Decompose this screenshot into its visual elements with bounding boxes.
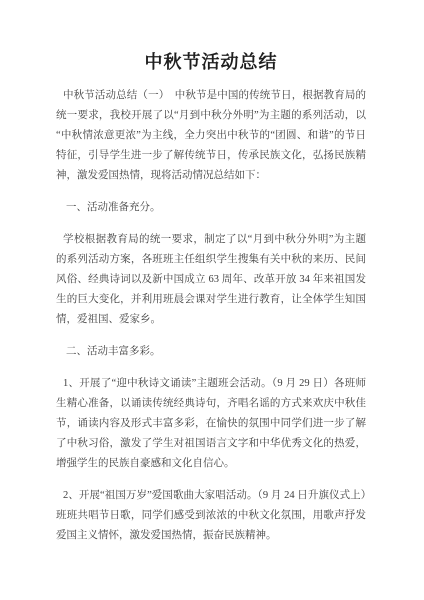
document-title: 中秋节活动总结 — [56, 50, 366, 74]
paragraph-intro: 中秋节活动总结（一） 中秋节是中国的传统节日，根据教育局的统一要求，我校开展了以… — [56, 86, 366, 186]
document-page: 中秋节活动总结 中秋节活动总结（一） 中秋节是中国的传统节日，根据教育局的统一要… — [0, 0, 424, 600]
paragraph-preparation-detail: 学校根据教育局的统一要求，制定了以“月到中秋分外明”为主题的系列活动方案，各班班… — [56, 230, 366, 330]
paragraph-activity-2: 2、开展“祖国万岁”爱国歌曲大家唱活动。（9 月 24 日升旗仪式上）班班共唱节… — [56, 486, 366, 546]
section-heading-activities: 二、活动丰富多彩。 — [56, 342, 366, 362]
paragraph-activity-1: 1、开展了“迎中秋诗文诵读”主题班会活动。（9 月 29 日）各班师生精心准备，… — [56, 374, 366, 474]
section-heading-preparation: 一、活动准备充分。 — [56, 198, 366, 218]
